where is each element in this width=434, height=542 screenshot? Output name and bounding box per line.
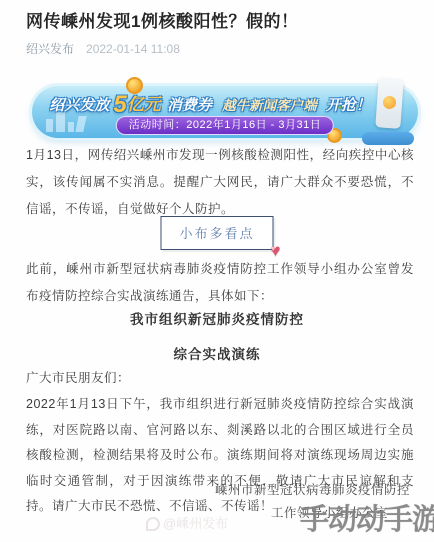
banner-action: 开抢！ bbox=[326, 97, 371, 114]
banner-item: 消费券 bbox=[167, 97, 212, 114]
notice-heading-line1: 我市组织新冠肺炎疫情防控 bbox=[0, 308, 434, 328]
banner-amount-number: 5 bbox=[113, 91, 126, 118]
banner-brand: 越牛新闻客户端 bbox=[222, 98, 317, 113]
promo-banner[interactable]: 绍兴发放 5亿元 消费券 越牛新闻客户端 开抢！ 活动时间：2022年1月16日… bbox=[32, 86, 418, 138]
weibo-handle: @嵊州发布 bbox=[163, 516, 228, 531]
banner-headline: 绍兴发放 5亿元 消费券 越牛新闻客户端 开抢！ bbox=[32, 90, 388, 119]
signature-org-line1: 嵊州市新型冠状病毒肺炎疫情防控 bbox=[215, 480, 410, 498]
source-name[interactable]: 绍兴发布 bbox=[26, 42, 74, 56]
salutation: 广大市民朋友们： bbox=[26, 368, 130, 386]
more-content-button[interactable]: 小布多看点 ♥ ♥ bbox=[160, 216, 273, 250]
publish-timestamp: 2022-01-14 11:08 bbox=[86, 42, 180, 56]
page-title: 网传嵊州发现1例核酸阳性？假的！ bbox=[26, 10, 412, 33]
paragraph-context: 此前，嵊州市新型冠状病毒肺炎疫情防控工作领导小组办公室曾发布疫情防控综合实战演练… bbox=[26, 256, 414, 310]
weibo-logo-icon bbox=[146, 517, 160, 531]
paragraph-rumor-denial: 1月13日，网传绍兴嵊州市发现一例核酸检测阳性，经向疾控中心核实，该传闻属不实消… bbox=[26, 142, 414, 223]
banner-activity-period: 活动时间：2022年1月16日 - 3月31日 bbox=[116, 116, 334, 135]
weibo-watermark: @嵊州发布 bbox=[146, 513, 228, 532]
game-watermark: 手动动手游 bbox=[300, 497, 434, 538]
banner-prefix: 绍兴发放 bbox=[49, 97, 109, 114]
byline: 绍兴发布2022-01-14 11:08 bbox=[26, 40, 180, 57]
article-page: 网传嵊州发现1例核酸阳性？假的！ 绍兴发布2022-01-14 11:08 绍兴… bbox=[0, 0, 434, 542]
notice-heading-line2: 综合实战演练 bbox=[0, 343, 434, 363]
banner-amount-unit: 亿元 bbox=[127, 95, 161, 114]
more-content-label: 小布多看点 bbox=[179, 226, 254, 241]
heart-highlight-icon: ♥ bbox=[271, 245, 276, 253]
